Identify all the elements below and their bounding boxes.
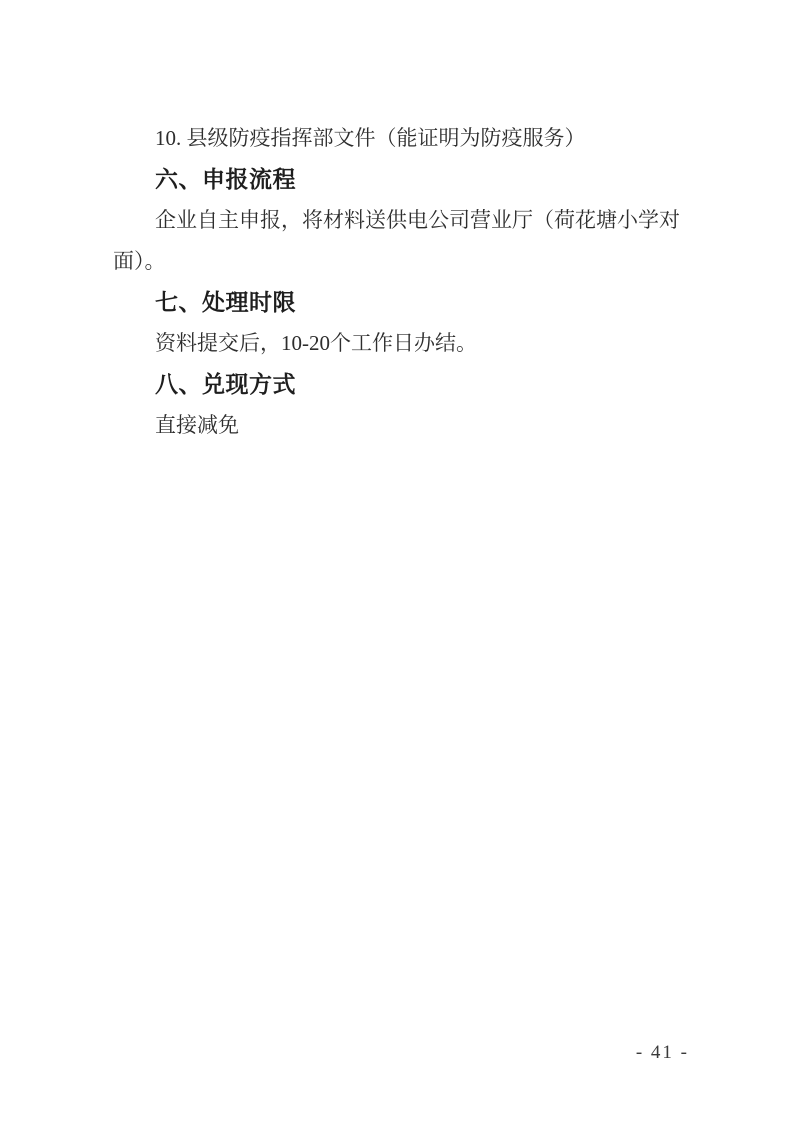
paragraph: 资料提交后，10-20个工作日办结。	[113, 323, 683, 364]
section-heading: 八、兑现方式	[113, 364, 683, 405]
document-body: 10. 县级防疫指挥部文件（能证明为防疫服务）六、申报流程企业自主申报，将材料送…	[113, 118, 683, 446]
paragraph: 企业自主申报，将材料送供电公司营业厅（荷花塘小学对面）。	[113, 200, 683, 282]
document-page: 10. 县级防疫指挥部文件（能证明为防疫服务）六、申报流程企业自主申报，将材料送…	[0, 0, 793, 1121]
section-heading: 六、申报流程	[113, 159, 683, 200]
section-heading: 七、处理时限	[113, 282, 683, 323]
paragraph: 直接减免	[113, 405, 683, 446]
paragraph: 10. 县级防疫指挥部文件（能证明为防疫服务）	[113, 118, 683, 159]
page-number: - 41 -	[636, 1042, 689, 1063]
page-footer: - 41 -	[636, 1042, 689, 1064]
